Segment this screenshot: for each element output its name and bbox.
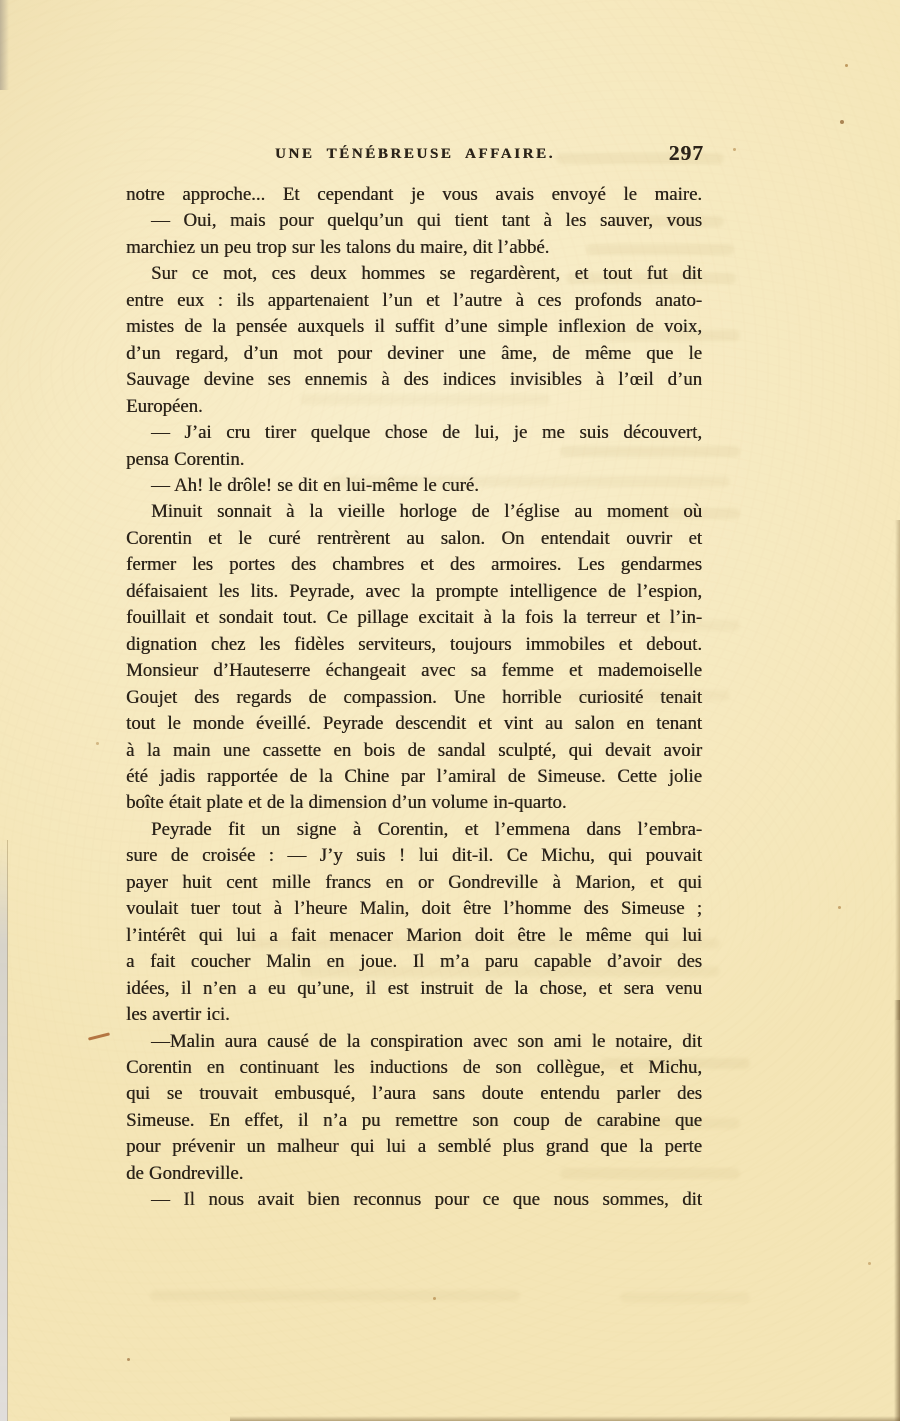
text-line: mistes de la pensée auxquels il suffit d… (126, 314, 702, 340)
text-line: Sur ce mot, ces deux hommes se regardère… (126, 261, 702, 287)
text-line: entre eux : ils appartenaient l’un et l’… (126, 288, 702, 314)
text-line: — Il nous avait bien reconnus pour ce qu… (126, 1187, 702, 1213)
text-line: tout le monde éveillé. Peyrade descendit… (126, 711, 702, 737)
running-title: UNE TÉNÉBREUSE AFFAIRE. (126, 146, 704, 163)
text-line: marchiez un peu trop sur les talons du m… (126, 235, 702, 261)
text-line: pour prévenir un malheur qui lui a sembl… (126, 1134, 702, 1160)
text-line: qui se trouvait embusqué, l’aura sans do… (126, 1081, 702, 1107)
text-line: fouillait et sondait tout. Ce pillage ex… (126, 605, 702, 631)
text-line: — Oui, mais pour quelqu’un qui tient tan… (126, 208, 702, 234)
text-line: sure de croisée : — J’y suis ! lui dit-i… (126, 843, 702, 869)
text-line: pensa Corentin. (126, 447, 702, 473)
text-line: Minuit sonnait à la vieille horloge de l… (126, 499, 702, 525)
text-block: notre approche... Et cependant je vous a… (126, 182, 702, 1214)
text-line: Corentin et le curé rentrèrent au salon.… (126, 526, 702, 552)
foxing-speck (838, 906, 841, 909)
text-line: Sauvage devine ses ennemis à des indices… (126, 367, 702, 393)
page-edge-shadow-bottom (230, 1416, 900, 1421)
text-line: notre approche... Et cependant je vous a… (126, 182, 702, 208)
paragraph: —Malin aura causé de la conspiration ave… (126, 1029, 702, 1188)
page-edge-scanner-strip-left (0, 840, 8, 1421)
paragraph: — Oui, mais pour quelqu’un qui tient tan… (126, 208, 702, 261)
text-line: voulait tuer tout à l’heure Malin, doit … (126, 896, 702, 922)
page-edge-shadow-right-upper (895, 520, 900, 1020)
showthrough-ghost (620, 1292, 750, 1303)
foxing-speck (868, 1262, 871, 1265)
text-line: d’un regard, d’un mot pour deviner une â… (126, 341, 702, 367)
running-header: UNE TÉNÉBREUSE AFFAIRE. 297 (126, 146, 704, 172)
pen-mark (88, 1032, 110, 1040)
paragraph: Minuit sonnait à la vieille horloge de l… (126, 499, 702, 816)
text-line: payer huit cent mille francs en or Gondr… (126, 870, 702, 896)
page-number: 297 (669, 141, 704, 166)
text-line: été jadis rapportée de la Chine par l’am… (126, 764, 702, 790)
text-line: idées, il n’en a eu qu’une, il est instr… (126, 976, 702, 1002)
paragraph: Sur ce mot, ces deux hommes se regardère… (126, 261, 702, 420)
text-line: Peyrade fit un signe à Corentin, et l’em… (126, 817, 702, 843)
text-line: boîte était plate et de la dimension d’u… (126, 790, 702, 816)
text-line: défaisaient les lits. Peyrade, avec la p… (126, 579, 702, 605)
text-line: Goujet des regards de compassion. Une ho… (126, 685, 702, 711)
text-line: l’intérêt qui lui a fait menacer Marion … (126, 923, 702, 949)
text-line: dignation chez les fidèles serviteurs, t… (126, 632, 702, 658)
paragraph: notre approche... Et cependant je vous a… (126, 182, 702, 208)
showthrough-ghost (150, 1290, 520, 1301)
paragraph: — Il nous avait bien reconnus pour ce qu… (126, 1187, 702, 1213)
text-line: — Ah! le drôle! se dit en lui-même le cu… (126, 473, 702, 499)
foxing-speck (733, 148, 736, 151)
foxing-speck (845, 64, 848, 67)
book-page: UNE TÉNÉBREUSE AFFAIRE. 297 notre approc… (0, 0, 900, 1421)
foxing-speck (433, 1297, 436, 1300)
foxing-speck (96, 742, 99, 745)
paragraph: Peyrade fit un signe à Corentin, et l’em… (126, 817, 702, 1029)
text-line: de Gondreville. (126, 1161, 702, 1187)
text-line: à la main une cassette en bois de sandal… (126, 738, 702, 764)
text-line: Simeuse. En effet, il n’a pu remettre so… (126, 1108, 702, 1134)
paragraph: — J’ai cru tirer quelque chose de lui, j… (126, 420, 702, 473)
foxing-speck (127, 1358, 130, 1361)
foxing-speck (840, 120, 844, 124)
text-line: Monsieur d’Hauteserre échangeait avec sa… (126, 658, 702, 684)
text-line: Européen. (126, 394, 702, 420)
text-line: Corentin en continuant les inductions de… (126, 1055, 702, 1081)
text-line: —Malin aura causé de la conspiration ave… (126, 1029, 702, 1055)
text-line: a fait coucher Malin en joue. Il m’a par… (126, 949, 702, 975)
page-edge-shadow-top-left (0, 0, 9, 90)
paragraph: — Ah! le drôle! se dit en lui-même le cu… (126, 473, 702, 499)
text-line: les avertir ici. (126, 1002, 702, 1028)
text-line: — J’ai cru tirer quelque chose de lui, j… (126, 420, 702, 446)
page-edge-shadow-right-lower (894, 1000, 900, 1421)
text-line: fermer les portes des chambres et des ar… (126, 552, 702, 578)
